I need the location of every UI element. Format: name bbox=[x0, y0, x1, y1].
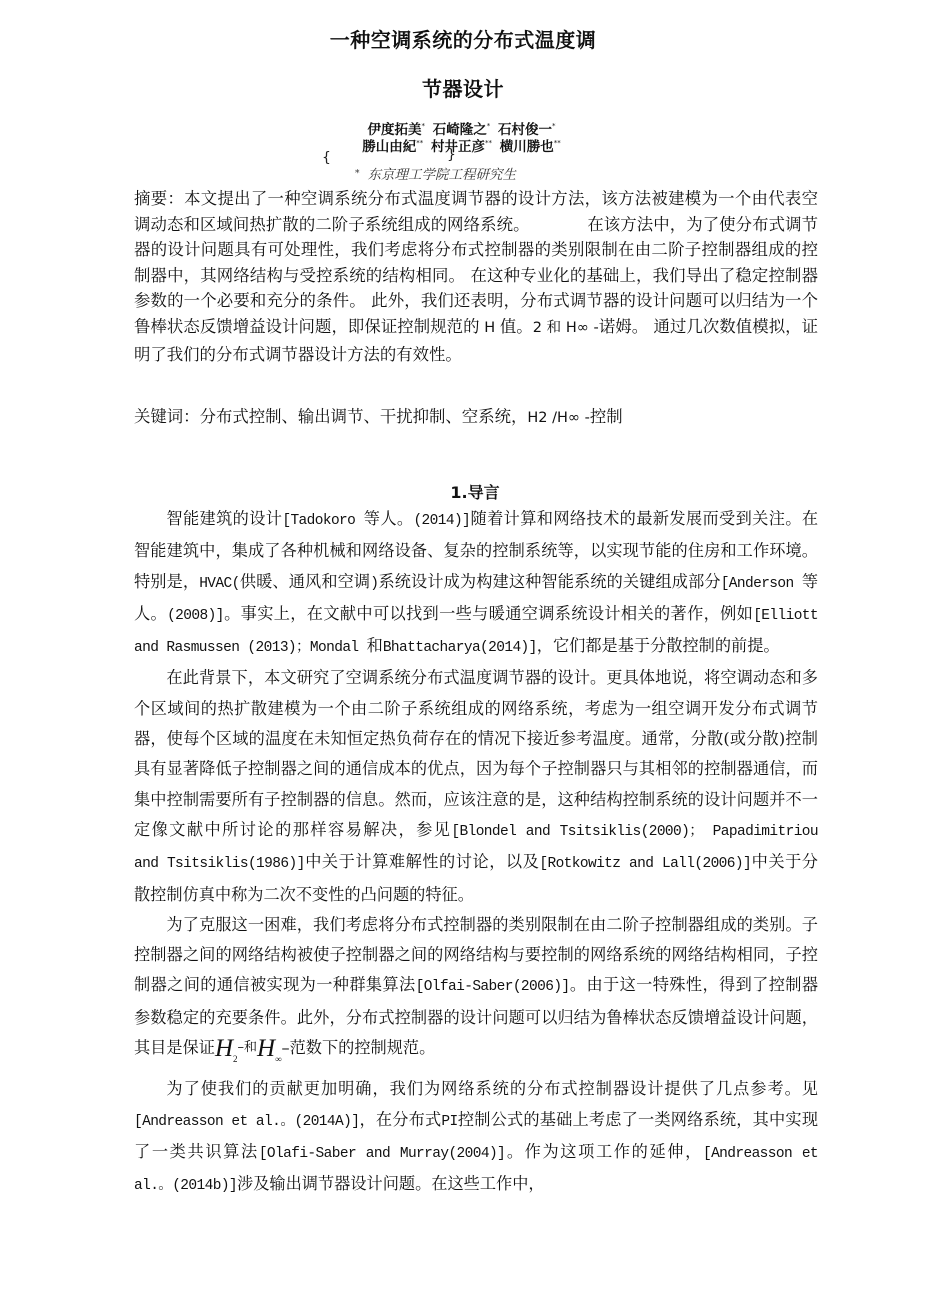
author-name: 横川勝也 bbox=[500, 139, 554, 155]
text: –范数下的控制规范。 bbox=[282, 1038, 436, 1057]
author-mark: * bbox=[552, 122, 556, 130]
brace-close: } bbox=[447, 147, 456, 163]
abstract: 摘要：本文提出了一种空调系统分布式温度调节器的设计方法，该方法被建模为一个由代表… bbox=[134, 186, 818, 367]
abstract-text: 值。 bbox=[500, 317, 533, 336]
keywords-text: 分布式控制、输出调节、干扰抑制、空系统， bbox=[200, 407, 528, 426]
math-symbol: H bbox=[257, 1035, 275, 1062]
citation: [Andreasson et al.。(2014A)] bbox=[134, 1114, 359, 1130]
text: 在此背景下，本文研究了空调系统分布式温度调节器的设计。更具体地说，将空调动态和多… bbox=[134, 668, 818, 838]
author-name: 村井正彦 bbox=[431, 139, 485, 155]
citation: (2008)] bbox=[167, 608, 224, 624]
text: 为了使我们的贡献更加明确，我们为网络系统的分布式控制器设计提供了几点参考。见 bbox=[166, 1079, 818, 1098]
text: 供暖、通风和空调 bbox=[240, 572, 371, 591]
citation: [Olafi-Saber and Murray(2004)] bbox=[259, 1146, 505, 1162]
text: 等人。 bbox=[364, 509, 414, 528]
text: ，它们都是基于分散控制的前提。 bbox=[537, 636, 780, 655]
math-symbol: H bbox=[215, 1035, 233, 1062]
author-name: 勝山由紀 bbox=[362, 139, 416, 155]
abstract-h-value: H bbox=[480, 320, 500, 336]
citation: HVAC( bbox=[199, 576, 240, 592]
abstract-label: 摘要： bbox=[134, 189, 184, 208]
text: 。作为这项工作的延伸， bbox=[505, 1142, 703, 1161]
citation: [Tadokoro bbox=[282, 513, 363, 529]
paragraph-4: 为了使我们的贡献更加明确，我们为网络系统的分布式控制器设计提供了几点参考。见[A… bbox=[134, 1074, 818, 1201]
citation: (2014)] bbox=[413, 513, 470, 529]
paper-page: 一种空调系统的分布式温度调 节器设计 伊度拓美* 石崎隆之* 石村俊一* 勝山由… bbox=[0, 0, 926, 1309]
paragraph-1: 智能建筑的设计[Tadokoro 等人。(2014)]随着计算和网络技术的最新发… bbox=[134, 504, 818, 663]
author-mark: ** bbox=[554, 139, 561, 147]
author-row-2: 勝山由紀** 村井正彦** 横川勝也** bbox=[0, 135, 926, 155]
keywords-label: 关键词： bbox=[134, 407, 200, 426]
citation: [Olfai-Saber(2006)] bbox=[416, 979, 570, 995]
citation: [Anderson bbox=[721, 576, 802, 592]
author-mark: ** bbox=[416, 139, 423, 147]
keywords-suffix: 控制 bbox=[590, 407, 623, 426]
paper-title-line-1: 一种空调系统的分布式温度调 bbox=[0, 24, 926, 53]
section-heading-introduction: 1.导言 bbox=[0, 480, 926, 503]
text: 系统设计成为构建这种智能系统的关键组成部分 bbox=[378, 572, 720, 591]
author-mark: * bbox=[487, 122, 491, 130]
brace-open: { bbox=[322, 150, 331, 166]
author-mark: * bbox=[422, 122, 426, 130]
affiliation: *东京理工学院工程研究生 bbox=[355, 163, 516, 183]
abstract-h2-norm: 2 和 H∞ - bbox=[533, 320, 599, 336]
keywords-math: H2 /H∞ - bbox=[527, 410, 589, 426]
text: 。事实上，在文献中可以找到一些与暖通空调系统设计相关的著作，例如 bbox=[224, 604, 753, 623]
affiliation-text: 东京理工学院工程研究生 bbox=[368, 167, 517, 183]
text: 中关于计算难解性的讨论，以及 bbox=[305, 852, 540, 871]
paper-title-line-2: 节器设计 bbox=[0, 73, 926, 102]
citation: [Rotkowitz and Lall(2006)] bbox=[539, 856, 751, 872]
keywords: 关键词：分布式控制、输出调节、干扰抑制、空系统，H2 /H∞ -控制 bbox=[134, 404, 818, 431]
section-body: 智能建筑的设计[Tadokoro 等人。(2014)]随着计算和网络技术的最新发… bbox=[134, 504, 818, 1202]
text: –和 bbox=[238, 1040, 258, 1055]
math-hinf: H∞ bbox=[257, 1035, 281, 1062]
citation: Bhattacharya(2014)] bbox=[383, 640, 537, 656]
affiliation-mark: * bbox=[355, 169, 360, 179]
author-mark: ** bbox=[485, 139, 492, 147]
math-h2: H2 bbox=[215, 1035, 238, 1062]
math-subscript: 2 bbox=[233, 1054, 238, 1064]
text: 和 bbox=[367, 636, 383, 655]
paragraph-3: 为了克服这一困难，我们考虑将分布式控制器的类别限制在由二阶子控制器组成的类别。子… bbox=[134, 910, 818, 1074]
text: 涉及输出调节器设计问题。在这些工作中， bbox=[237, 1174, 545, 1193]
paragraph-2: 在此背景下，本文研究了空调系统分布式温度调节器的设计。更具体地说，将空调动态和多… bbox=[134, 663, 818, 909]
text: 智能建筑的设计 bbox=[166, 509, 282, 528]
citation: PI bbox=[441, 1114, 457, 1130]
text: ，在分布式 bbox=[359, 1110, 441, 1129]
abstract-text: 本文提出了一种空调系统分布式温度调节器的设计方法，该方法被建模为一个由代表空调动… bbox=[134, 189, 818, 336]
